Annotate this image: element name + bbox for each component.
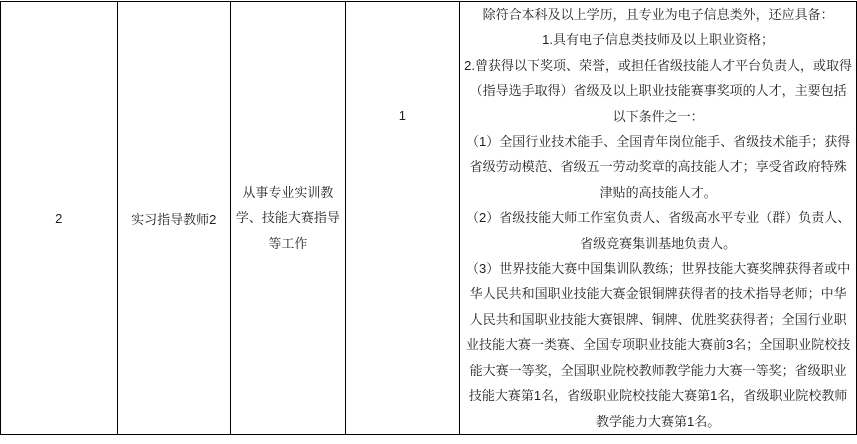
job-duty-line: 学、技能大赛指导 xyxy=(236,205,340,231)
headcount-value: 1 xyxy=(346,103,460,128)
requirements-line: （1）全国行业技术能手、全国青年岗位能手、省级技术能手；获得 xyxy=(464,129,852,154)
requirements-cell: 除符合本科及以上学历，且专业为电子信息类外，还应具备： 1.具有电子信息类技师及… xyxy=(460,2,856,434)
requirements-line: （3）世界技能大赛中国集训队教练；世界技能大赛奖牌获得者或中 xyxy=(464,256,852,281)
position-title: 实习指导教师2 xyxy=(131,209,216,228)
requirements-line: 技能大赛第1名，省级职业院校技能大赛第1名，省级职业院校教师 xyxy=(464,383,852,408)
requirements-line: 2.曾获得以下奖项、荣誉，或担任省级技能人才平台负责人，或取得 xyxy=(464,53,852,78)
requirements-line: 业技能大赛一类赛、全国专项职业技能大赛前3名；全国职业院校技 xyxy=(464,332,852,357)
requirements-line: （2）省级技能大师工作室负责人、省级高水平专业（群）负责人、 xyxy=(464,205,852,230)
requirements-line: 人民共和国职业技能大赛银牌、铜牌、优胜奖获得者；全国行业职 xyxy=(464,307,852,332)
serial-number: 2 xyxy=(55,211,62,226)
requirements-line: 华人民共和国职业技能大赛金银铜牌获得者的技术指导老师；中华 xyxy=(464,281,852,306)
requirements-line: 津贴的高技能人才。 xyxy=(464,180,852,205)
requirements-line: 以下条件之一： xyxy=(464,104,852,129)
requirements-line: （指导选手取得）省级及以上职业技能赛事奖项的人才，主要包括 xyxy=(464,78,852,103)
requirements-line: 除符合本科及以上学历，且专业为电子信息类外，还应具备： xyxy=(464,2,852,27)
requirements-line: 省级劳动模范、省级五一劳动奖章的高技能人才；享受省政府特殊 xyxy=(464,154,852,179)
position-title-cell: 实习指导教师2 xyxy=(118,2,232,434)
requirements-line: 能大赛一等奖，全国职业院校教师教学能力大赛一等奖；省级职业 xyxy=(464,358,852,383)
recruitment-table: 2 实习指导教师2 从事专业实训教 学、技能大赛指导 等工作 1 除符合本科及以… xyxy=(0,1,857,435)
job-duty-text: 从事专业实训教 学、技能大赛指导 等工作 xyxy=(236,180,340,257)
requirements-line: 教学能力大赛第1名。 xyxy=(464,409,852,434)
requirements-line: 1.具有电子信息类技师及以上职业资格； xyxy=(464,27,852,52)
job-duty-line: 从事专业实训教 xyxy=(236,180,340,206)
serial-number-cell: 2 xyxy=(1,2,118,434)
requirements-line: 省级竞赛集训基地负责人。 xyxy=(464,231,852,256)
job-duty-cell: 从事专业实训教 学、技能大赛指导 等工作 xyxy=(231,2,346,434)
job-duty-line: 等工作 xyxy=(236,231,340,257)
headcount-cell: 1 xyxy=(346,2,461,434)
